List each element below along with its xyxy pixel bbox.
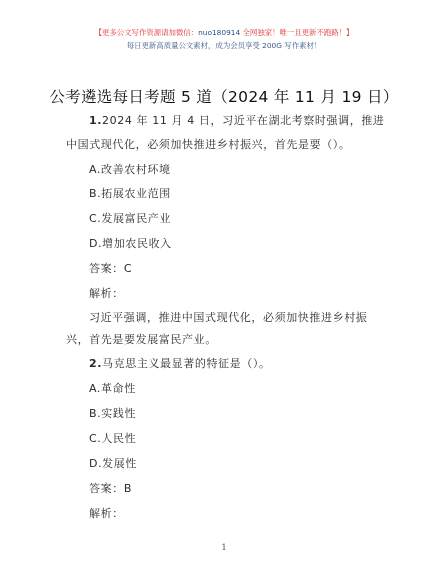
question-1-date: 2024 年 11 月 4 日 [102, 114, 210, 127]
page-title: 公考遴选每日考题 5 道（2024 年 11 月 19 日） [0, 85, 448, 107]
question-2-option-c: C.人民性 [89, 430, 136, 446]
question-1-analysis-line1: 习近平强调，推进中国式现代化，必须加快推进乡村振 [89, 309, 367, 325]
question-2-analysis-label: 解析： [89, 505, 124, 521]
page-number: 1 [0, 543, 448, 552]
question-2-answer: 答案：B [89, 480, 132, 496]
question-1-stem-rest: ，习近平在湖北考察时强调，推进 [211, 114, 385, 127]
question-1-option-c: C.发展富民产业 [89, 210, 171, 226]
answer-value: C [124, 262, 132, 275]
question-1-analysis-line2: 兴，首先是要发展富民产业。 [66, 331, 217, 347]
wechat-id: nuo180914 [198, 28, 240, 37]
question-1-option-a: A.改善农村环境 [89, 161, 171, 177]
question-1-stem-line1: 1.2024 年 11 月 4 日，习近平在湖北考察时强调，推进 [89, 112, 385, 128]
promo-banner-line2: 每日更新高质量公文素材，成为会员享受 200G 写作素材！ [0, 40, 448, 51]
promo-prefix: 【更多公文写作资源请加微信： [95, 28, 198, 37]
question-1-analysis-label: 解析： [89, 285, 124, 301]
question-1-option-b: B.拓展农业范围 [89, 185, 171, 201]
answer-value: B [124, 482, 132, 495]
question-1-number: 1. [89, 114, 102, 127]
question-2-number: 2. [89, 357, 102, 370]
promo-banner-line1: 【更多公文写作资源请加微信：nuo180914 全网独家！唯一且更新不跑路！】 [0, 27, 448, 38]
question-2-option-a: A.革命性 [89, 380, 136, 396]
question-2-option-b: B.实践性 [89, 405, 136, 421]
question-1-option-d: D.增加农民收入 [89, 235, 172, 251]
promo-suffix: 全网独家！唯一且更新不跑路！】 [240, 28, 353, 37]
question-2-stem: 2.马克思主义最显著的特征是（）。 [89, 355, 271, 371]
question-2-option-d: D.发展性 [89, 455, 137, 471]
question-1-stem-line2: 中国式现代化，必须加快推进乡村振兴，首先是要（）。 [66, 136, 351, 152]
question-1-answer: 答案：C [89, 260, 132, 276]
